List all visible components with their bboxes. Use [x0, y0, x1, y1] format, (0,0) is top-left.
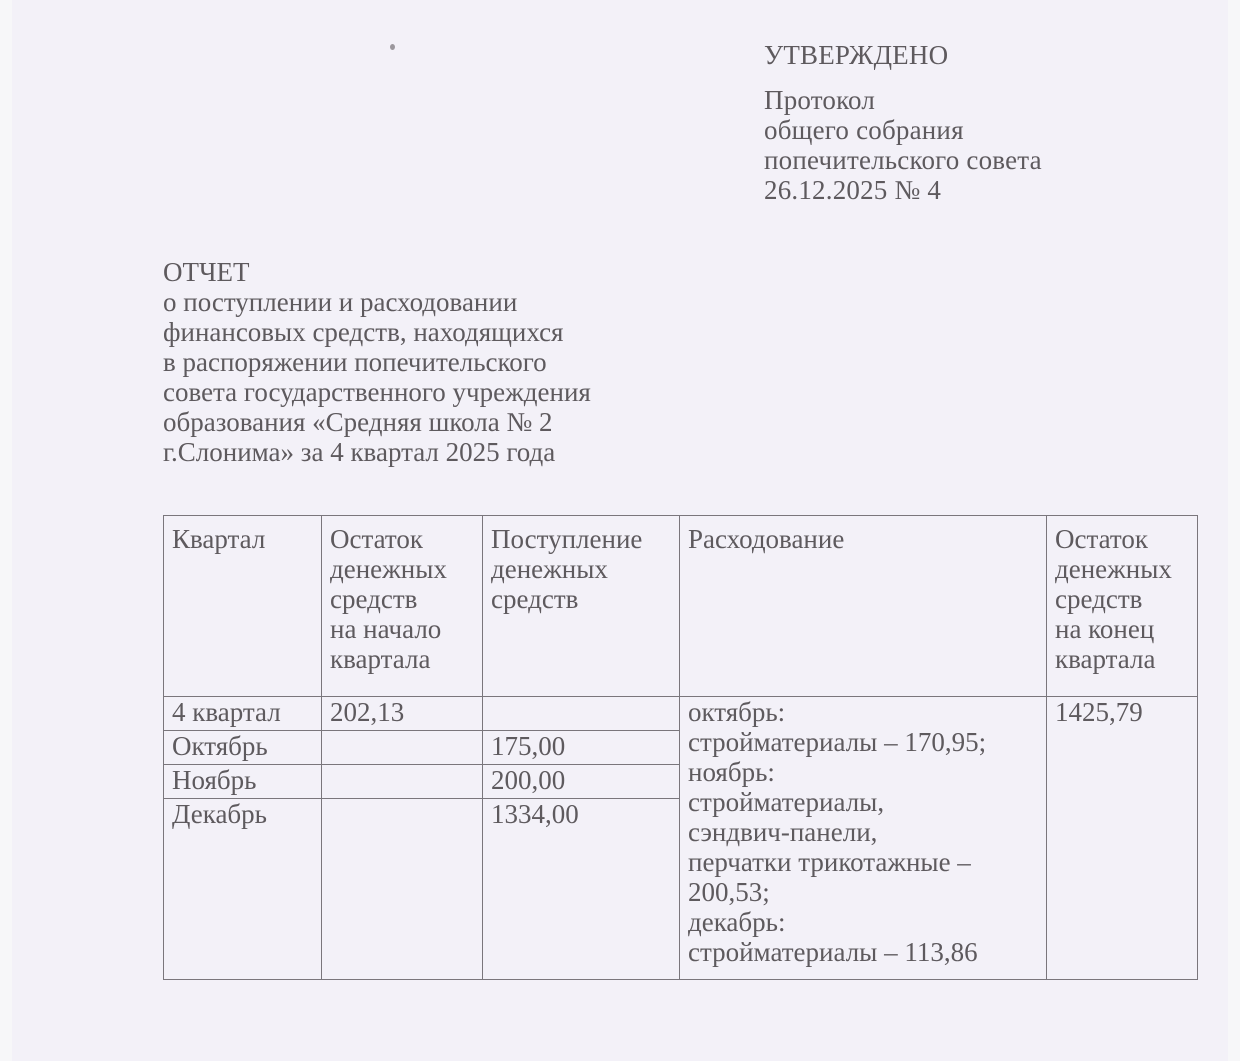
- header-text: квартала: [330, 644, 476, 674]
- cell-spending: октябрь: стройматериалы – 170,95; ноябрь…: [680, 697, 1047, 980]
- spending-line: стройматериалы,: [688, 787, 1040, 817]
- scan-speck: [390, 44, 395, 50]
- header-text: квартала: [1055, 644, 1191, 674]
- spending-line: стройматериалы – 170,95;: [688, 727, 1040, 757]
- approval-line: Протокол: [764, 85, 1042, 115]
- table-row: 4 квартал 202,13 октябрь: стройматериалы…: [164, 697, 1198, 731]
- cell-period: Ноябрь: [164, 765, 322, 799]
- report-subtitle-line: совета государственного учреждения: [163, 377, 591, 407]
- header-text: Расходование: [688, 524, 1040, 554]
- cell-income: 175,00: [483, 731, 680, 765]
- approval-date-number: 26.12.2025 № 4: [764, 175, 1042, 205]
- spending-line: декабрь:: [688, 907, 1040, 937]
- header-spending: Расходование: [680, 516, 1047, 697]
- cell-end-balance: 1425,79: [1047, 697, 1198, 980]
- cell-start-balance: 202,13: [322, 697, 483, 731]
- header-text: денежных: [1055, 554, 1191, 584]
- header-text: на конец: [1055, 614, 1191, 644]
- spending-line: ноябрь:: [688, 757, 1040, 787]
- approval-heading: УТВЕРЖДЕНО: [764, 40, 1042, 70]
- header-text: Квартал: [172, 524, 315, 554]
- finance-table: Квартал Остаток денежных средств на нача…: [163, 515, 1198, 980]
- cell-income: 1334,00: [483, 799, 680, 980]
- report-subtitle-line: в распоряжении попечительского: [163, 347, 591, 377]
- header-quarter: Квартал: [164, 516, 322, 697]
- cell-income: 200,00: [483, 765, 680, 799]
- report-subtitle-line: о поступлении и расходовании: [163, 287, 591, 317]
- approval-line: общего собрания: [764, 115, 1042, 145]
- cell-start-balance: [322, 731, 483, 765]
- table-header-row: Квартал Остаток денежных средств на нача…: [164, 516, 1198, 697]
- report-subtitle-line: образования «Средняя школа № 2: [163, 407, 591, 437]
- header-text: Остаток: [330, 524, 476, 554]
- report-subtitle-line: финансовых средств, находящихся: [163, 317, 591, 347]
- header-start-balance: Остаток денежных средств на начало кварт…: [322, 516, 483, 697]
- header-text: средств: [1055, 584, 1191, 614]
- spending-line: сэндвич-панели,: [688, 817, 1040, 847]
- spending-line: перчатки трикотажные –: [688, 847, 1040, 877]
- header-text: Поступление: [491, 524, 673, 554]
- cell-start-balance: [322, 799, 483, 980]
- report-subtitle-line: г.Слонима» за 4 квартал 2025 года: [163, 437, 591, 467]
- approval-stamp: УТВЕРЖДЕНО Протокол общего собрания попе…: [764, 40, 1042, 205]
- approval-line: попечительского совета: [764, 145, 1042, 175]
- cell-period: 4 квартал: [164, 697, 322, 731]
- report-title-block: ОТЧЕТ о поступлении и расходовании финан…: [163, 257, 591, 467]
- cell-income: [483, 697, 680, 731]
- header-text: на начало: [330, 614, 476, 644]
- report-title: ОТЧЕТ: [163, 257, 591, 287]
- header-text: денежных: [491, 554, 673, 584]
- spending-line: стройматериалы – 113,86: [688, 937, 1040, 967]
- cell-period: Октябрь: [164, 731, 322, 765]
- cell-period: Декабрь: [164, 799, 322, 980]
- header-end-balance: Остаток денежных средств на конец кварта…: [1047, 516, 1198, 697]
- header-text: денежных: [330, 554, 476, 584]
- spending-line: 200,53;: [688, 877, 1040, 907]
- cell-start-balance: [322, 765, 483, 799]
- header-text: средств: [491, 584, 673, 614]
- header-text: Остаток: [1055, 524, 1191, 554]
- header-text: средств: [330, 584, 476, 614]
- header-income: Поступление денежных средств: [483, 516, 680, 697]
- spending-line: октябрь:: [688, 697, 1040, 727]
